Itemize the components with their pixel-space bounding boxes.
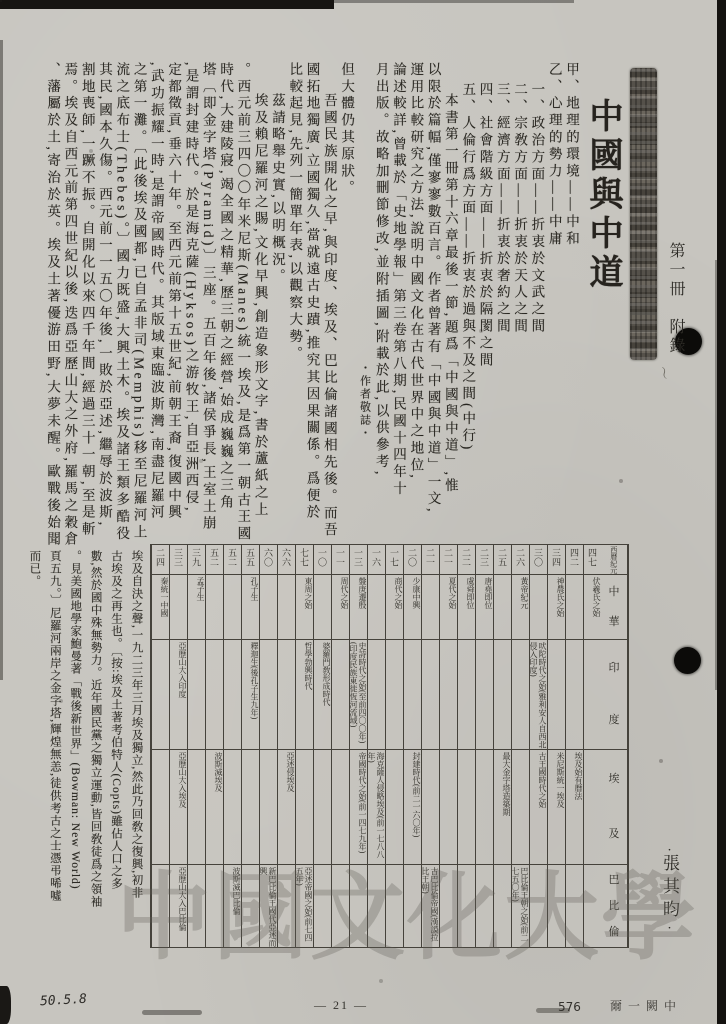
table-cell-india (260, 640, 277, 750)
table-cell-egypt (260, 750, 277, 865)
text-column: 、藩屬於土,寄治於英。埃及土著優游田野,大夢未醒。歐戰後始聞 (44, 62, 61, 567)
table-column: 二四六秦統一中國 (151, 545, 169, 947)
table-cell-china (566, 575, 583, 640)
table-cell-egypt: 米尼斯統一埃及 (548, 750, 565, 865)
table-cell-egypt (440, 750, 457, 865)
table-band-label-babylon: 巴比倫 (601, 865, 627, 947)
table-cell-india: 婆羅門敎形成時代 (314, 640, 331, 750)
note-column: 而已。 (24, 550, 44, 952)
band-label-char: 倫 (609, 928, 620, 937)
table-cell-india (440, 640, 457, 750)
table-cell-year: 三三二 (170, 545, 187, 575)
table-cell-india: 哲學勃興時代 (296, 640, 313, 750)
table-cell-egypt: 封建時代(前二一六〇年) (404, 750, 421, 865)
table-cell-india (386, 640, 403, 750)
table-cell-china (170, 575, 187, 640)
text-column: 甲、地理的環境——中和 (563, 62, 580, 567)
table-cell-egypt (224, 750, 241, 865)
scan-edge-top-thin (334, 0, 574, 3)
binding-hole-bottom (674, 647, 701, 674)
author-dot-top: ・ (664, 845, 674, 854)
table-cell-india (224, 640, 241, 750)
table-cell-year: 五五一 (242, 545, 259, 575)
table-cell-babylon (278, 865, 295, 947)
table-cell-china (494, 575, 511, 640)
table-cell-babylon: 新巴比倫王國代亞述而興 (260, 865, 277, 947)
table-cell-china: 虞舜即位 (458, 575, 475, 640)
library-stamp (630, 68, 657, 360)
table-cell-china: 孟子生 (188, 575, 205, 640)
table-cell-china: 周代之始 (332, 575, 349, 640)
text-column: ,是謂封建時代。於是海克薩(Hyksos)之游牧王,自亞洲西侵, (182, 62, 199, 567)
pen-squiggle: 〜 (653, 364, 676, 383)
table-cell-india (188, 640, 205, 750)
table-cell-china: 東周之始 (296, 575, 313, 640)
table-cell-india (584, 640, 601, 750)
text-column: 四、社會階級方面——折衷於隔閡之間 (476, 62, 493, 567)
table-cell-china (530, 575, 547, 640)
table-cell-year: 二三五三 (476, 545, 493, 575)
table-column: 二六七四黃帝紀元巴比倫王朝之始(前二七五〇年) (511, 545, 529, 947)
text-column: 五、人倫行爲方面——折衷於過與不及之間(中行) (459, 62, 476, 567)
footer-date-note: 50.5.8 (40, 992, 88, 1009)
table-cell-china (368, 575, 385, 640)
table-cell-year: 三九〇 (188, 545, 205, 575)
scan-corner-mark (0, 986, 11, 1024)
table-cell-india (332, 640, 349, 750)
band-label-char: 華 (609, 618, 620, 627)
table-cell-babylon (494, 865, 511, 947)
table-column: 三四九四神農氏之始米尼斯統一埃及 (547, 545, 565, 947)
table-column: 三〇〇〇吠陀時代之始(雅利安人自西北侵入印度)古王國時代之始 (529, 545, 547, 947)
table-band-label-year: 西曆紀元前 (601, 545, 627, 575)
table-band-label-india: 印度 (601, 640, 627, 750)
table-cell-year: 一〇〇〇 (314, 545, 331, 575)
text-column: 吾國民族開化之早,與印度、埃及、巴比倫諸國相先後。而吾 (321, 62, 338, 567)
table-column: 五二九波斯滅巴比倫 (223, 545, 241, 947)
table-cell-babylon (530, 865, 547, 947)
table-cell-china: 唐堯即位 (476, 575, 493, 640)
table-cell-year: 五二九 (224, 545, 241, 575)
table-cell-year: 一六五〇 (368, 545, 385, 575)
scan-edge-right-shadow (715, 260, 717, 690)
table-cell-india (422, 640, 439, 750)
table-cell-india (512, 640, 529, 750)
table-cell-babylon (566, 865, 583, 947)
table-cell-babylon (332, 865, 349, 947)
table-cell-china: 伏羲氏之始 (584, 575, 601, 640)
table-cell-egypt (476, 750, 493, 865)
chronology-table: 西曆紀元前中華印度埃及巴比倫四七五四伏羲氏之始四二四一埃及始有曆法三四九四神農氏… (150, 544, 629, 948)
table-cell-egypt: 亞歷山大入埃及 (170, 750, 187, 865)
table-cell-egypt (422, 750, 439, 865)
text-column: 但大體仍其原狀。 (338, 62, 355, 567)
table-cell-egypt (332, 750, 349, 865)
table-cell-china (314, 575, 331, 640)
scan-specks (0, 0, 2, 2)
author-name: ・張其昀・ (657, 845, 682, 932)
table-cell-china: 孔子生 (242, 575, 259, 640)
text-column: 埃及賴尼羅河之賜,文化早興,創造象形文字,書於蘆紙之上 (251, 62, 268, 567)
band-label-char: 中 (609, 588, 620, 597)
band-label-char: 印 (609, 664, 620, 673)
table-cell-babylon (386, 865, 403, 947)
table-column: 四二四一埃及始有曆法 (565, 545, 583, 947)
band-label-char: 度 (609, 716, 620, 725)
table-label-column: 西曆紀元前中華印度埃及巴比倫 (601, 545, 628, 947)
table-column: 五五一孔子生釋迦生(後孔子生九年) (241, 545, 259, 947)
text-column: 比較起見,先列一簡單年表,以觀察大勢。 (286, 62, 303, 567)
table-cell-india (548, 640, 565, 750)
table-column: 七七〇東周之始哲學勃興時代亞述帝國之始(前七四五年) (295, 545, 313, 947)
scan-smudge (142, 1010, 202, 1015)
page-title: 中國與中道 (578, 98, 627, 293)
footer-right-text: 爾一闕中 (610, 997, 682, 1014)
table-column: 六〇四新巴比倫王國代亞述而興 (259, 545, 277, 947)
footer-number: 576 (558, 1000, 581, 1014)
table-cell-babylon (368, 865, 385, 947)
table-cell-india (404, 640, 421, 750)
table-cell-china: 秦統一中國 (152, 575, 169, 640)
table-cell-egypt: 亞述侵埃及 (278, 750, 295, 865)
note-column: 數,然於國中殊無勢力。近年國民黨之獨立運動,皆回敎徒爲之領袖 (85, 550, 105, 952)
text-column: 以限於篇幅,僅寥寥數百言。作者曾著有「中國與中道」一文, (424, 62, 441, 567)
table-cell-india (494, 640, 511, 750)
table-cell-india (476, 640, 493, 750)
table-cell-egypt: 埃及始有曆法 (566, 750, 583, 865)
table-cell-egypt (512, 750, 529, 865)
table-cell-year: 一七五一 (386, 545, 403, 575)
text-column: 本書第一冊第十六章最後一節,題爲「中國與中道」,惟 (442, 62, 459, 567)
table-column: 二一八三夏代之始 (439, 545, 457, 947)
table-cell-egypt (188, 750, 205, 865)
band-label-char: 巴 (609, 876, 620, 885)
text-column: 定都徵貢,垂六十年。至西元前第十五世紀,前朝王裔,復國中興 (165, 62, 182, 567)
table-cell-year: 六六二 (278, 545, 295, 575)
band-label-char: 及 (609, 830, 620, 839)
scan-edge-right (717, 0, 726, 1024)
table-cell-babylon (206, 865, 223, 947)
table-cell-babylon (458, 865, 475, 947)
text-column: 運用比較研究之方法,說明中國文化在古代世界中之地位, (407, 62, 424, 567)
table-cell-egypt (458, 750, 475, 865)
text-column: 時代,大建陵寢,竭全國之精華,歷三朝之經營,始成巍巍之三角 (217, 62, 234, 567)
table-cell-year: 七七〇 (296, 545, 313, 575)
text-column: 茲請略舉史實,以明概況。 (269, 62, 286, 567)
table-cell-egypt (314, 750, 331, 865)
table-cell-year: 三〇〇〇 (530, 545, 547, 575)
table-cell-babylon (548, 865, 565, 947)
table-cell-egypt: 波斯滅埃及 (206, 750, 223, 865)
text-column: 論述較詳,曾載於「史地學報」第三卷第八期,民國十四年十 (390, 62, 407, 567)
table-cell-year: 五二五 (206, 545, 223, 575)
table-column: 四七五四伏羲氏之始 (583, 545, 601, 947)
table-cell-babylon: 亞述帝國之始(前七四五年) (296, 865, 313, 947)
table-cell-egypt (584, 750, 601, 865)
table-band-label-egypt: 埃及 (601, 750, 627, 865)
table-cell-year: 三四九四 (548, 545, 565, 575)
text-column: ・作者敬誌・ (355, 62, 372, 567)
table-cell-china: 少康中興 (404, 575, 421, 640)
table-column: 六六二亞述侵埃及 (277, 545, 295, 947)
table-cell-china: 盤庚遷殷 (350, 575, 367, 640)
table-cell-india (458, 640, 475, 750)
table-cell-year: 四七五四 (584, 545, 601, 575)
table-cell-egypt: 海克薩人侵略埃及(前一七八八年) (368, 750, 385, 865)
table-cell-china: 黃帝紀元 (512, 575, 529, 640)
table-cell-egypt (152, 750, 169, 865)
table-cell-babylon: 巴比倫王朝之始(前二七五〇年) (512, 865, 529, 947)
table-cell-india (566, 640, 583, 750)
table-cell-year: 二〇五六 (404, 545, 421, 575)
band-label-char: 埃 (609, 775, 620, 784)
table-cell-babylon (404, 865, 421, 947)
footer-page-number: — 21 — (314, 998, 368, 1013)
table-cell-year: 四二四一 (566, 545, 583, 575)
author-dot-bottom: ・ (664, 923, 674, 932)
table-cell-egypt (296, 750, 313, 865)
text-column: 一、政治方面——折衷於文武之間 (528, 62, 545, 567)
table-cell-egypt: 最大金字塔造築期 (494, 750, 511, 865)
table-cell-babylon (242, 865, 259, 947)
table-cell-babylon (476, 865, 493, 947)
table-cell-india: 史詩時代之始(至前四〇〇年)(印度民族東徙恆河流域) (350, 640, 367, 750)
table-column: 二三五三唐堯即位 (475, 545, 493, 947)
note-column: 。見美國地學家鮑曼著「戰後新世界」(Bowman: New World) (65, 550, 85, 952)
table-cell-india: 亞歷山大入印度 (170, 640, 187, 750)
table-cell-babylon (152, 865, 169, 947)
table-cell-year: 二六七四 (512, 545, 529, 575)
scanned-page: 〜 中國與中道 第一冊 附錄 ・張其昀・ 甲、地理的環境——中和乙、心理的勢力—… (0, 0, 726, 1024)
table-cell-china: 神農氏之始 (548, 575, 565, 640)
text-column: ,武功振耀一時,是謂帝國時代。其版域東臨波斯灣,南盡尼羅河 (148, 62, 165, 567)
text-column: 之第一灘。〔此後埃及國都,已自孟非司(Memphis)移至尼羅河上 (130, 62, 147, 567)
table-cell-india (206, 640, 223, 750)
text-column: 。西元前三四〇〇年米尼斯(Manes)統一埃及,是爲第一朝古王國 (234, 62, 251, 567)
table-cell-year: 二五〇〇 (494, 545, 511, 575)
table-column: 三三二亞歷山大入印度亞歷山大入埃及亞歷山大入巴比倫 (169, 545, 187, 947)
text-column: 塔〔即金字塔(Pyramid)〕三座。五百年後,諸侯爭長,王室土崩 (199, 62, 216, 567)
table-cell-egypt: 帝國時代之始(前一四七九年) (350, 750, 367, 865)
table-cell-year: 一三九八 (350, 545, 367, 575)
volume-label: 第一冊 附錄 (664, 242, 687, 356)
main-text-block: 甲、地理的環境——中和乙、心理的勢力——中庸一、政治方面——折衷於文武之間二、宗… (44, 62, 580, 567)
text-column: 月出版。故略加刪節修改,並附插圖,附載於此,以供參考, (372, 62, 389, 567)
note-text-block: 埃及自決之聲,一九二三年三月埃及獨立,然此乃回敎之復興,初非古埃及之再生也。〔按… (24, 550, 146, 952)
table-cell-year: 一一二二 (332, 545, 349, 575)
table-cell-china (224, 575, 241, 640)
table-cell-egypt (386, 750, 403, 865)
table-column: 一〇〇〇婆羅門敎形成時代 (313, 545, 331, 947)
table-column: 三九〇孟子生 (187, 545, 205, 947)
table-cell-babylon (314, 865, 331, 947)
table-cell-year: 二四六 (152, 545, 169, 575)
table-band-label-china: 中華 (601, 575, 627, 640)
table-cell-egypt (242, 750, 259, 865)
scan-edge-top (0, 0, 334, 9)
note-column: 埃及自決之聲,一九二三年三月埃及獨立,然此乃回敎之復興,初非 (126, 550, 146, 952)
table-column: 二一〇〇古巴比倫帝國(漢謨拉比王朝) (421, 545, 439, 947)
table-cell-india: 釋迦生(後孔子生九年) (242, 640, 259, 750)
text-column: 國拓地獨廣,立國獨久,當就遠古史蹟,推究其因果關係。爲便於 (303, 62, 320, 567)
table-cell-babylon (350, 865, 367, 947)
table-cell-egypt: 古王國時代之始 (530, 750, 547, 865)
table-cell-year: 二一〇〇 (422, 545, 439, 575)
note-column: 古埃及之再生也。〔按:埃及土著考伯特人(Copts)雖佔人口之多 (106, 550, 126, 952)
band-label-char: 比 (609, 902, 620, 911)
text-column: 二、宗敎方面——折衷於天人之間 (511, 62, 528, 567)
table-cell-year: 六〇四 (260, 545, 277, 575)
table-cell-china: 夏代之始 (440, 575, 457, 640)
text-column: 割地喪師,一蹶不振。自開化以來四千年間,經過三十一朝,至是斬 (78, 62, 95, 567)
text-column: 流之底布士(Thebes)。〕國力既盛,大興土木。埃及諸王類多酷役 (113, 62, 130, 567)
table-column: 二二五三虞舜即位 (457, 545, 475, 947)
text-column: 三、經濟方面——折衷於奢約之間 (494, 62, 511, 567)
table-cell-babylon (584, 865, 601, 947)
table-cell-babylon: 亞歷山大入巴比倫 (170, 865, 187, 947)
scan-edge-left (0, 40, 3, 680)
table-cell-babylon: 波斯滅巴比倫 (224, 865, 241, 947)
table-cell-year: 二二五三 (458, 545, 475, 575)
table-cell-india (368, 640, 385, 750)
table-cell-china (260, 575, 277, 640)
table-column: 二〇五六少康中興封建時代(前二一六〇年) (403, 545, 421, 947)
table-column: 一六五〇海克薩人侵略埃及(前一七八八年) (367, 545, 385, 947)
table-cell-babylon (188, 865, 205, 947)
table-column: 一七五一商代之始 (385, 545, 403, 947)
table-cell-china (206, 575, 223, 640)
author-name-text: 張其昀 (660, 854, 679, 923)
table-cell-india: 吠陀時代之始(雅利安人自西北侵入印度) (530, 640, 547, 750)
table-column: 五二五波斯滅埃及 (205, 545, 223, 947)
table-cell-year: 二一八三 (440, 545, 457, 575)
table-cell-china: 商代之始 (386, 575, 403, 640)
text-column: 其民,國本久傷。西元前一一五〇年後,一敗於亞述,繼辱於波斯, (96, 62, 113, 567)
table-cell-china (278, 575, 295, 640)
text-column: 乙、心理的勢力——中庸 (545, 62, 562, 567)
table-cell-india (278, 640, 295, 750)
table-column: 二五〇〇最大金字塔造築期 (493, 545, 511, 947)
table-cell-india (152, 640, 169, 750)
text-column: 焉。埃及自西元前第四世紀以後,迭爲亞歷山大之外府,羅馬之穀倉 (61, 62, 78, 567)
table-cell-babylon (440, 865, 457, 947)
table-cell-babylon: 古巴比倫帝國(漢謨拉比王朝) (422, 865, 439, 947)
note-column: 頁五九。〕尼羅河兩岸之金字塔,輝煌無恙,徒供考古之士憑弔唏噓 (44, 550, 64, 952)
table-column: 一三九八盤庚遷殷史詩時代之始(至前四〇〇年)(印度民族東徙恆河流域)帝國時代之始… (349, 545, 367, 947)
table-cell-china (422, 575, 439, 640)
table-column: 一一二二周代之始 (331, 545, 349, 947)
